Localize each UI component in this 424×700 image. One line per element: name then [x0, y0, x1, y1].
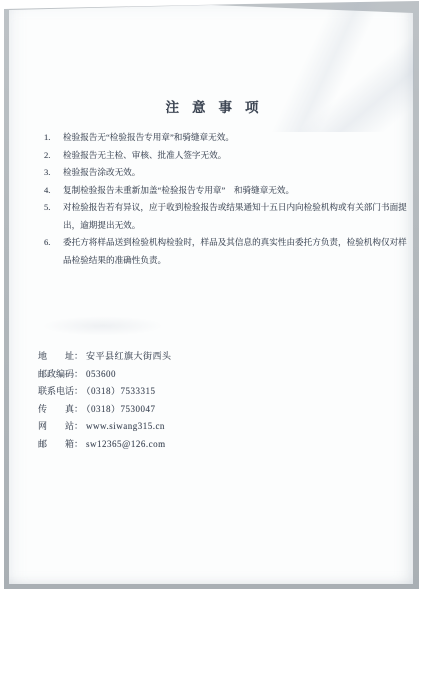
- contact-label: 邮政编码: [38, 366, 74, 384]
- note-number: 6.: [44, 234, 63, 269]
- contact-label: 联系电话: [38, 383, 74, 401]
- note-number: 3.: [44, 164, 63, 182]
- note-item: 1. 检验报告无“检验报告专用章”和骑缝章无效。: [44, 129, 396, 147]
- note-line: 委托方将样品送到检验机构检验时，样品及其信息的真实性由委托方负责，检验机构仅对样: [63, 234, 396, 252]
- contact-colon: ：: [74, 421, 83, 431]
- notes-list: 1. 检验报告无“检验报告专用章”和骑缝章无效。 2. 检验报告无主检、审核、批…: [44, 129, 396, 269]
- contact-row: 邮政编码：053600: [38, 366, 172, 384]
- note-line: 检验报告无主检、审核、批准人签字无效。: [63, 147, 396, 165]
- note-line: 检验报告无“检验报告专用章”和骑缝章无效。: [63, 129, 396, 147]
- note-number: 1.: [44, 129, 63, 147]
- note-text: 检验报告无主检、审核、批准人签字无效。: [63, 147, 396, 165]
- contact-colon: ：: [74, 439, 83, 449]
- note-text: 检验报告无“检验报告专用章”和骑缝章无效。: [63, 129, 396, 147]
- contact-row: 网 站：www.siwang315.cn: [38, 418, 172, 436]
- note-line: 复制检验报告未重新加盖“检验报告专用章” 和骑缝章无效。: [63, 182, 396, 200]
- note-text: 复制检验报告未重新加盖“检验报告专用章” 和骑缝章无效。: [63, 182, 396, 200]
- contact-value: （0318）7533315: [86, 386, 156, 396]
- contact-value: （0318）7530047: [86, 404, 156, 414]
- contact-value: 053600: [86, 369, 116, 379]
- contact-row: 地 址：安平县红旗大街西头: [38, 348, 172, 366]
- note-line: 品检验结果的准确性负责。: [63, 252, 396, 270]
- note-item: 4. 复制检验报告未重新加盖“检验报告专用章” 和骑缝章无效。: [44, 182, 396, 200]
- contact-label: 网 站: [38, 418, 74, 436]
- contact-label: 传 真: [38, 401, 74, 419]
- contact-row: 邮 箱：sw12365@126.com: [38, 436, 172, 454]
- notice-title: 注意事项: [0, 96, 424, 116]
- note-number: 4.: [44, 182, 63, 200]
- contact-colon: ：: [74, 404, 83, 414]
- note-line: 对检验报告若有异议，应于收到检验报告或结果通知十五日内向检验机构或有关部门书面提: [63, 199, 396, 217]
- note-item: 2. 检验报告无主检、审核、批准人签字无效。: [44, 147, 396, 165]
- note-item: 6. 委托方将样品送到检验机构检验时，样品及其信息的真实性由委托方负责，检验机构…: [44, 234, 396, 269]
- note-line: 检验报告涂改无效。: [63, 164, 396, 182]
- contact-row: 传 真：（0318）7530047: [38, 401, 172, 419]
- contact-colon: ：: [74, 369, 83, 379]
- note-number: 2.: [44, 147, 63, 165]
- contact-label: 地 址: [38, 348, 74, 366]
- note-item: 5. 对检验报告若有异议，应于收到检验报告或结果通知十五日内向检验机构或有关部门…: [44, 199, 396, 234]
- note-item: 3. 检验报告涂改无效。: [44, 164, 396, 182]
- contact-row: 联系电话：（0318）7533315: [38, 383, 172, 401]
- note-text: 对检验报告若有异议，应于收到检验报告或结果通知十五日内向检验机构或有关部门书面提…: [63, 199, 396, 234]
- contact-colon: ：: [74, 351, 83, 361]
- contact-value: www.siwang315.cn: [86, 421, 165, 431]
- contact-value: sw12365@126.com: [86, 439, 166, 449]
- contact-value: 安平县红旗大街西头: [86, 351, 172, 361]
- document-content: 注意事项 1. 检验报告无“检验报告专用章”和骑缝章无效。 2. 检验报告无主检…: [0, 0, 424, 700]
- contact-label: 邮 箱: [38, 436, 74, 454]
- note-line: 出，逾期提出无效。: [63, 217, 396, 235]
- note-number: 5.: [44, 199, 63, 234]
- contact-colon: ：: [74, 386, 83, 396]
- contact-block: 地 址：安平县红旗大街西头 邮政编码：053600 联系电话：（0318）753…: [38, 348, 172, 453]
- note-text: 委托方将样品送到检验机构检验时，样品及其信息的真实性由委托方负责，检验机构仅对样…: [63, 234, 396, 269]
- note-text: 检验报告涂改无效。: [63, 164, 396, 182]
